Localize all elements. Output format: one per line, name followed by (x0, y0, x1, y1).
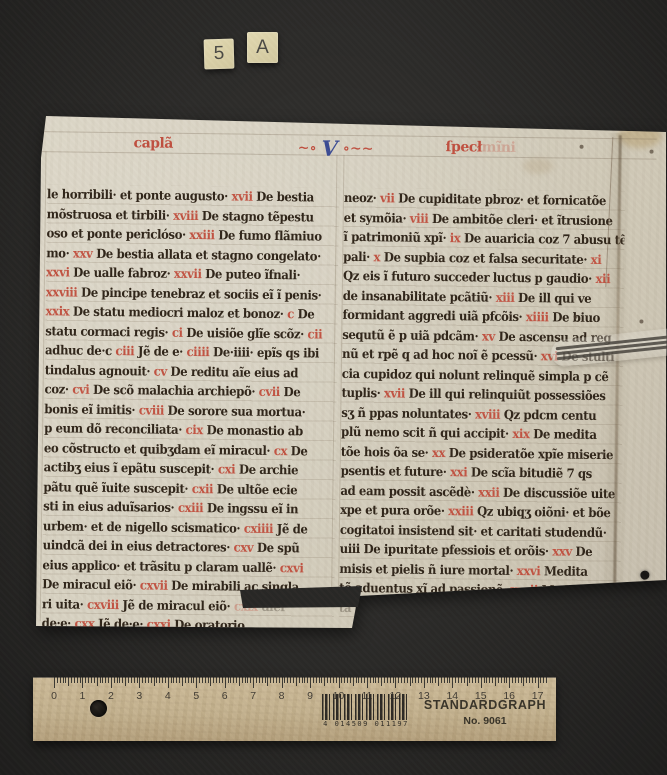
manuscript-text: De (572, 544, 593, 559)
manuscript-text: De discussiõe uite (499, 484, 615, 500)
ruler-tick (80, 677, 81, 683)
manuscript-text: pali· (343, 248, 374, 263)
rubric-numeral: ciiii (186, 344, 209, 359)
ruler-tick (188, 677, 189, 683)
manuscript-text: Medita (540, 563, 587, 579)
ruler-tick (77, 677, 78, 683)
rubric-numeral: cxxi (147, 616, 171, 631)
ruler-tick (105, 677, 106, 683)
ruler-tick (506, 677, 507, 683)
ruler-tick (259, 677, 260, 683)
ruler-tick (501, 677, 502, 683)
ruler-tick (290, 677, 291, 683)
manuscript-text: Qz eis ĩ futuro succeder luctus p gaudio… (343, 268, 596, 286)
ruler-tick (481, 677, 482, 688)
ruler-tick (213, 677, 214, 683)
ruler-tick (265, 677, 266, 683)
ruler-tick (395, 677, 396, 688)
manuscript-text: cogitatoi insistend sit· et caritati stu… (340, 521, 607, 539)
ruler-cm-number: 3 (136, 690, 142, 702)
ruler-tick (91, 677, 92, 683)
rubric-numeral: cxviii (87, 596, 119, 611)
manuscript-text: De stagno tẽpestu (198, 208, 314, 224)
rubric-numeral: xxi (450, 464, 467, 479)
rubric-numeral: xxvi (46, 264, 70, 279)
manuscript-text: De mirabili ac singla (167, 578, 299, 595)
ruler-tick (526, 677, 527, 683)
manuscript-text: De cupiditate pbroz· et fornicatõe (394, 190, 606, 208)
ruler-tick (228, 677, 229, 683)
ruler-tick (205, 677, 206, 683)
manuscript-text: eo cõstructo et quibʒdam eĩ miracul· (44, 440, 274, 458)
ruler-tick (208, 677, 209, 683)
rubric-numeral: xxv (73, 245, 93, 260)
ruler-cm-number: 8 (279, 690, 285, 702)
ruler-tick (171, 677, 172, 683)
ruler-tick (191, 677, 192, 683)
ruler-tick (287, 677, 288, 683)
ruler-tick (296, 677, 297, 686)
ruler-tick (521, 677, 522, 683)
rubric-numeral: cxix (234, 598, 258, 613)
rubric-numeral: viii (410, 210, 429, 225)
photograph-stage: 5 A caplã ∼∘ V ∘∼∼ ſpecłmĩni le horribil… (0, 0, 667, 775)
manuscript-line: de·e· cxx Jẽ de·e· cxxi De oratorio (42, 613, 314, 634)
manuscript-text: pãtu quẽ ĩuite suscepit· (43, 479, 192, 496)
manuscript-text: ad eam possit ascẽdè· (340, 482, 478, 499)
ruler-tick (262, 677, 263, 683)
ruler-tick (464, 677, 465, 683)
ruler-tick (472, 677, 473, 683)
ruler-tick (225, 677, 226, 688)
manuscript-text: De fumo flãmiuo (214, 227, 321, 243)
manuscript-text: De uisiõe glĩe scõz· (183, 324, 308, 341)
ruler-tick (119, 677, 120, 683)
ruler-tick (412, 677, 413, 683)
ruler-tick (535, 677, 536, 683)
ruler-tick (284, 677, 285, 683)
ruler-tick (108, 677, 109, 683)
ruler-tick (546, 677, 547, 683)
ruler-tick (540, 677, 541, 683)
ruler-tick (74, 677, 75, 683)
manuscript-text: De ultõe ecie (213, 481, 297, 497)
rubric-numeral: xi (591, 251, 602, 266)
ruler-tick (438, 677, 439, 686)
ruler-tick (233, 677, 234, 683)
rubric-numeral: ix (450, 230, 461, 245)
ruler-tick (458, 677, 459, 683)
ruler-tick (495, 677, 496, 686)
rubric-numeral: xxviii (46, 284, 78, 299)
manuscript-text: De (287, 443, 308, 458)
ruler-tick (373, 677, 374, 683)
stitch-hole (639, 319, 643, 323)
manuscript-text: oso et ponte periclóso· (46, 225, 189, 242)
flourish-right: ∘∼∼ (343, 141, 374, 157)
manuscript-text: uindcã dei in eius detractores· (43, 537, 234, 554)
manuscript-text: De sorore sua mortua· (164, 402, 306, 419)
ruler-tick (236, 677, 237, 683)
ruler-tick (341, 677, 342, 683)
manuscript-text: Jẽ de e· (134, 343, 186, 359)
manuscript-text: De puteo ĩfnali· (201, 266, 300, 282)
ruler-tick (159, 677, 160, 683)
ruler-cm-number: 6 (222, 690, 228, 702)
ruler-tick (475, 677, 476, 683)
rubric-numeral: xxiii (189, 227, 214, 242)
ruler-tick (139, 677, 140, 688)
shelfmark-tile-letter: A (247, 32, 278, 63)
ruler-tick (381, 677, 382, 686)
manuscript-text: eius applico· et trãsitu p claram uallẽ· (42, 557, 279, 575)
ruler-tick (111, 677, 112, 688)
ruler-tick (310, 677, 311, 688)
ruler-tick (356, 677, 357, 683)
ruler-tick (404, 677, 405, 683)
manuscript-text: sʒ ñ ppas noluntates· (341, 404, 475, 421)
ruler-tick (193, 677, 194, 683)
manuscript-text: dief (258, 598, 285, 613)
header-center-ornament: ∼∘ V ∘∼∼ (265, 135, 405, 162)
ruler-tick (196, 677, 197, 688)
manuscript-text: De (294, 306, 315, 321)
ruler-tick (282, 677, 283, 688)
ruler-tick (469, 677, 470, 683)
manuscript-text: De·iiii· epĩs qs ibi (209, 344, 319, 360)
ruler-tick (54, 677, 55, 688)
ruler-tick (339, 677, 340, 688)
ruler-tick (88, 677, 89, 683)
ruler-tick (256, 677, 257, 683)
ruler-tick (302, 677, 303, 683)
rubric-numeral: xviii (475, 406, 500, 421)
ruler-tick (364, 677, 365, 683)
ruler-cm-number: 2 (108, 690, 114, 702)
ruler-tick (401, 677, 402, 683)
rubric-numeral: xxix (45, 303, 69, 318)
manuscript-text: De reditu aĩe eius ad (167, 363, 298, 380)
manuscript-text: De archie (235, 462, 298, 478)
ruler: 01234567891011121314151617 4 014509 0111… (33, 677, 556, 741)
ruler-cm-number: 1 (80, 690, 86, 702)
manuscript-text: urbem· et de nigello scismatico· (43, 518, 244, 535)
ruler-tick (432, 677, 433, 683)
header-rubric-right: ſpecłmĩni (445, 139, 515, 156)
ruler-tick (253, 677, 254, 688)
rubric-numeral: xviii (173, 207, 198, 222)
ruler-tick (57, 677, 58, 683)
ruler-tick (162, 677, 163, 683)
ruler-tick (455, 677, 456, 683)
ruler-tick (293, 677, 294, 683)
ruler-model-number: No. 9061 (415, 715, 555, 727)
ruler-cm-number: 9 (307, 690, 313, 702)
rubric-numeral: ciii (115, 343, 134, 358)
manuscript-text: actibʒ eius ĩ epãtu suscepit· (44, 459, 218, 476)
ruler-tick (330, 677, 331, 683)
header-rubric-right-text: ſpecł (445, 139, 481, 155)
manuscript-text: tõe hois õa se· (341, 443, 432, 459)
ruler-tick (350, 677, 351, 683)
manuscript-line: tõ aduentus xĩ ad passionẽ· xxvii Medita… (339, 578, 601, 601)
ruler-tick (375, 677, 376, 683)
ruler-tick (498, 677, 499, 683)
manuscript-text: cia cupidoz qui nolunt relinquẽ simpla p… (342, 365, 609, 383)
ruler-tick (512, 677, 513, 683)
ruler-tick (347, 677, 348, 683)
ruler-tick (435, 677, 436, 683)
ruler-tick (131, 677, 132, 683)
manuscript-text: tuplis· (341, 385, 384, 401)
manuscript-leaf: caplã ∼∘ V ∘∼∼ ſpecłmĩni le horribili· e… (28, 110, 667, 634)
ruler-tick (276, 677, 277, 683)
rubric-numeral: xiii (496, 289, 515, 304)
ruler-tick (523, 677, 524, 686)
ruler-tick (142, 677, 143, 683)
manuscript-text: mo· (46, 245, 73, 260)
tile-letter-label: A (256, 37, 269, 59)
ruler-tick (85, 677, 86, 683)
manuscript-text: uiii De ipuritate pfessiois et orõis· (340, 541, 553, 559)
rubric-numeral: cvi (72, 382, 89, 397)
ruler-tick (182, 677, 183, 686)
manuscript-text: adhuc de·c (45, 342, 116, 358)
manuscript-text: coz· (45, 381, 73, 396)
ruler-tick (509, 677, 510, 688)
ruler-tick (430, 677, 431, 683)
manuscript-content: caplã ∼∘ V ∘∼∼ ſpecłmĩni le horribili· e… (28, 110, 667, 634)
ruler-tick (484, 677, 485, 683)
ruler-tick (410, 677, 411, 686)
ruler-tick (156, 677, 157, 683)
ruler-tick (307, 677, 308, 683)
rubric-numeral: xx (432, 444, 445, 459)
ruler-brand: STANDARDGRAPH (415, 698, 555, 712)
ruler-tick (134, 677, 135, 683)
ruler-tick (94, 677, 95, 683)
ruler-tick (421, 677, 422, 683)
ruler-tick (452, 677, 453, 688)
ruler-tick (145, 677, 146, 683)
rubric-numeral: cvii (259, 384, 280, 399)
ruler-tick (492, 677, 493, 683)
parchment-surface: caplã ∼∘ V ∘∼∼ ſpecłmĩni le horribili· e… (28, 110, 667, 634)
ruler-tick (344, 677, 345, 683)
shelfmark-tile-number: 5 (204, 39, 235, 70)
ruler-tick (489, 677, 490, 683)
manuscript-text: tã siue de suscepcõe dñi 7 aduẽtu lañus (339, 599, 585, 617)
ruler-hole (90, 700, 107, 717)
barcode (322, 694, 410, 720)
rubric-numeral: vii (380, 190, 395, 205)
ruler-tick (71, 677, 72, 683)
manuscript-text: bonis eĩ imitis· (44, 401, 139, 417)
ruler-tick (538, 677, 539, 688)
ruler-tick (478, 677, 479, 683)
manuscript-text: De scĩa bitudiẽ 7 qs (467, 464, 592, 481)
stitch-hole (650, 150, 654, 154)
manuscript-text: De statu mediocri maloz et bonoz· (69, 304, 287, 322)
ruler-cm-number: 7 (250, 690, 256, 702)
ruler-tick (185, 677, 186, 683)
ruler-tick (242, 677, 243, 683)
rubric-numeral: cxi (218, 461, 236, 476)
ruler-cm-number: 5 (193, 690, 199, 702)
chapter-list-header: caplã ∼∘ V ∘∼∼ ſpecłmĩni (28, 132, 667, 162)
rubric-numeral: xvii (384, 385, 405, 400)
rubric-numeral: xvii (231, 188, 252, 203)
manuscript-text: le horribili· et ponte augusto· (47, 186, 232, 203)
rubric-numeral: xxii (478, 484, 499, 499)
rubric-numeral: cviii (139, 402, 164, 417)
ruler-tick (504, 677, 505, 683)
ruler-tick (250, 677, 251, 683)
ruler-tick (270, 677, 271, 683)
rubric-numeral: xv (482, 328, 495, 343)
ruler-tick (424, 677, 425, 688)
ruler-tick (230, 677, 231, 683)
ruler-tick (407, 677, 408, 683)
ruler-tick (97, 677, 98, 686)
ruler-tick (518, 677, 519, 683)
ruler-tick (173, 677, 174, 683)
ruler-tick (543, 677, 544, 683)
manuscript-text: mõstruosa et tirbili· (47, 206, 174, 223)
ruler-tick (247, 677, 248, 683)
ruler-tick (415, 677, 416, 683)
ruler-tick (148, 677, 149, 683)
manuscript-text: Jẽ de·e· (94, 616, 146, 632)
rubric-numeral: cxiiii (244, 520, 274, 535)
ruler-tick (179, 677, 180, 683)
ruler-tick (154, 677, 155, 686)
manuscript-text: Meditatõ (538, 582, 598, 598)
ruler-tick (529, 677, 530, 683)
manuscript-text: De ambitõe cleri· et ĩtrusione (428, 210, 612, 227)
rubric-numeral: xxvii (174, 266, 202, 281)
manuscript-text: Jẽ de (273, 521, 307, 536)
ruler-tick (367, 677, 368, 688)
ruler-tick (316, 677, 317, 683)
ruler-tick (222, 677, 223, 683)
ruler-tick (60, 677, 61, 683)
ruler-tick (486, 677, 487, 683)
ruler-tick (532, 677, 533, 683)
ruler-tick (122, 677, 123, 683)
ruler-tick (117, 677, 118, 683)
rubric-numeral: xxvii (510, 582, 538, 597)
ruler-tick (361, 677, 362, 683)
manuscript-text: misis et pielis ñ iure mortal· (339, 560, 517, 577)
ruler-tick (176, 677, 177, 683)
ruler-tick (461, 677, 462, 683)
ruler-tick (210, 677, 211, 686)
manuscript-text: De miracul eiõ· (42, 576, 140, 592)
manuscript-text: De monastio ab (203, 422, 303, 438)
manuscript-text: xpe et pura orõe· (340, 502, 448, 518)
ruler-tick (427, 677, 428, 683)
manuscript-text: plũ nemo scit ñ qui accipit· (341, 424, 513, 441)
rubric-numeral: ci (172, 324, 183, 339)
ruler-tick (216, 677, 217, 683)
manuscript-text: De pincipe tenebraz et sociis eĩ ĩ penis… (77, 284, 321, 302)
ruler-tick (321, 677, 322, 683)
right-text-column: neoz· vii De cupiditate pbroz· et fornic… (339, 188, 625, 623)
ruler-tick (68, 677, 69, 686)
ruler-tick (449, 677, 450, 683)
ruler-tick (378, 677, 379, 683)
rubric-numeral: cv (154, 363, 167, 378)
ruler-tick (100, 677, 101, 683)
manuscript-text: nũ et rpẽ q ad hoc noĩ ẽ pcessũ· (342, 346, 541, 363)
ruler-tick (125, 677, 126, 686)
ruler-tick (245, 677, 246, 683)
manuscript-text: De spũ (253, 540, 299, 556)
manuscript-text: De scõ malachia archiepõ· (89, 382, 259, 399)
header-rubric-left: caplã (134, 135, 173, 151)
ruler-tick (151, 677, 152, 683)
ruler-tick (324, 677, 325, 686)
manuscript-text: De ingssu eĩ in (203, 500, 298, 516)
ruler-tick (299, 677, 300, 683)
stitch-hole (580, 145, 584, 149)
manuscript-text: ri uita· (42, 596, 87, 612)
manuscript-text: p eum dõ reconciliata· (44, 420, 186, 437)
manuscript-line: tã siue de suscepcõe dñi 7 aduẽtu lañus (339, 597, 601, 620)
ruler-tick (65, 677, 66, 683)
rubric-numeral: xix (512, 426, 529, 441)
rubric-numeral: xiiii (526, 309, 549, 324)
ruler-tick (418, 677, 419, 683)
rubric-numeral: cxiii (178, 500, 204, 515)
manuscript-text: De ualle fabroz· (69, 265, 174, 281)
manuscript-text: De (280, 384, 301, 399)
rubric-numeral: xxvi (517, 563, 541, 578)
rubric-numeral: cix (185, 422, 203, 437)
ruler-tick (319, 677, 320, 683)
manuscript-text: neoz· (344, 190, 380, 205)
rubric-numeral: cx (274, 443, 287, 458)
ruler-tick (390, 677, 391, 683)
ruler-tick (353, 677, 354, 686)
ruler-tick (336, 677, 337, 683)
ruler-tick (279, 677, 280, 683)
manuscript-text: Jẽ de miracul eiõ· (119, 597, 234, 613)
rubric-numeral: xxv (552, 543, 572, 558)
ruler-tick (447, 677, 448, 683)
rubric-numeral: cxx (74, 616, 94, 631)
ruler-tick (128, 677, 129, 683)
ruler-cm-number: 0 (51, 690, 57, 702)
blue-initial: V (321, 136, 338, 161)
ruler-tick (327, 677, 328, 683)
rubric-numeral: xxiii (448, 503, 473, 518)
manuscript-text: ĩ patrimoniũ xpĩ· (343, 229, 450, 245)
ruler-tick (304, 677, 305, 683)
rubric-numeral: cxv (233, 540, 253, 555)
left-text-column: le horribili· et ponte augusto· xvii De … (42, 184, 340, 634)
ruler-tick (515, 677, 516, 683)
manuscript-text: De auaricia coz 7 abusu tẽ (460, 230, 625, 247)
manuscript-text: de insanabilitate pcãtiũ· (343, 287, 496, 304)
ruler-tick (114, 677, 115, 683)
manuscript-text: De oratorio (170, 617, 244, 633)
manuscript-text: De ill qui ve (514, 289, 591, 305)
stitch-hole (573, 315, 577, 319)
ruler-tick (467, 677, 468, 686)
rubric-numeral: cxvi (280, 560, 304, 575)
